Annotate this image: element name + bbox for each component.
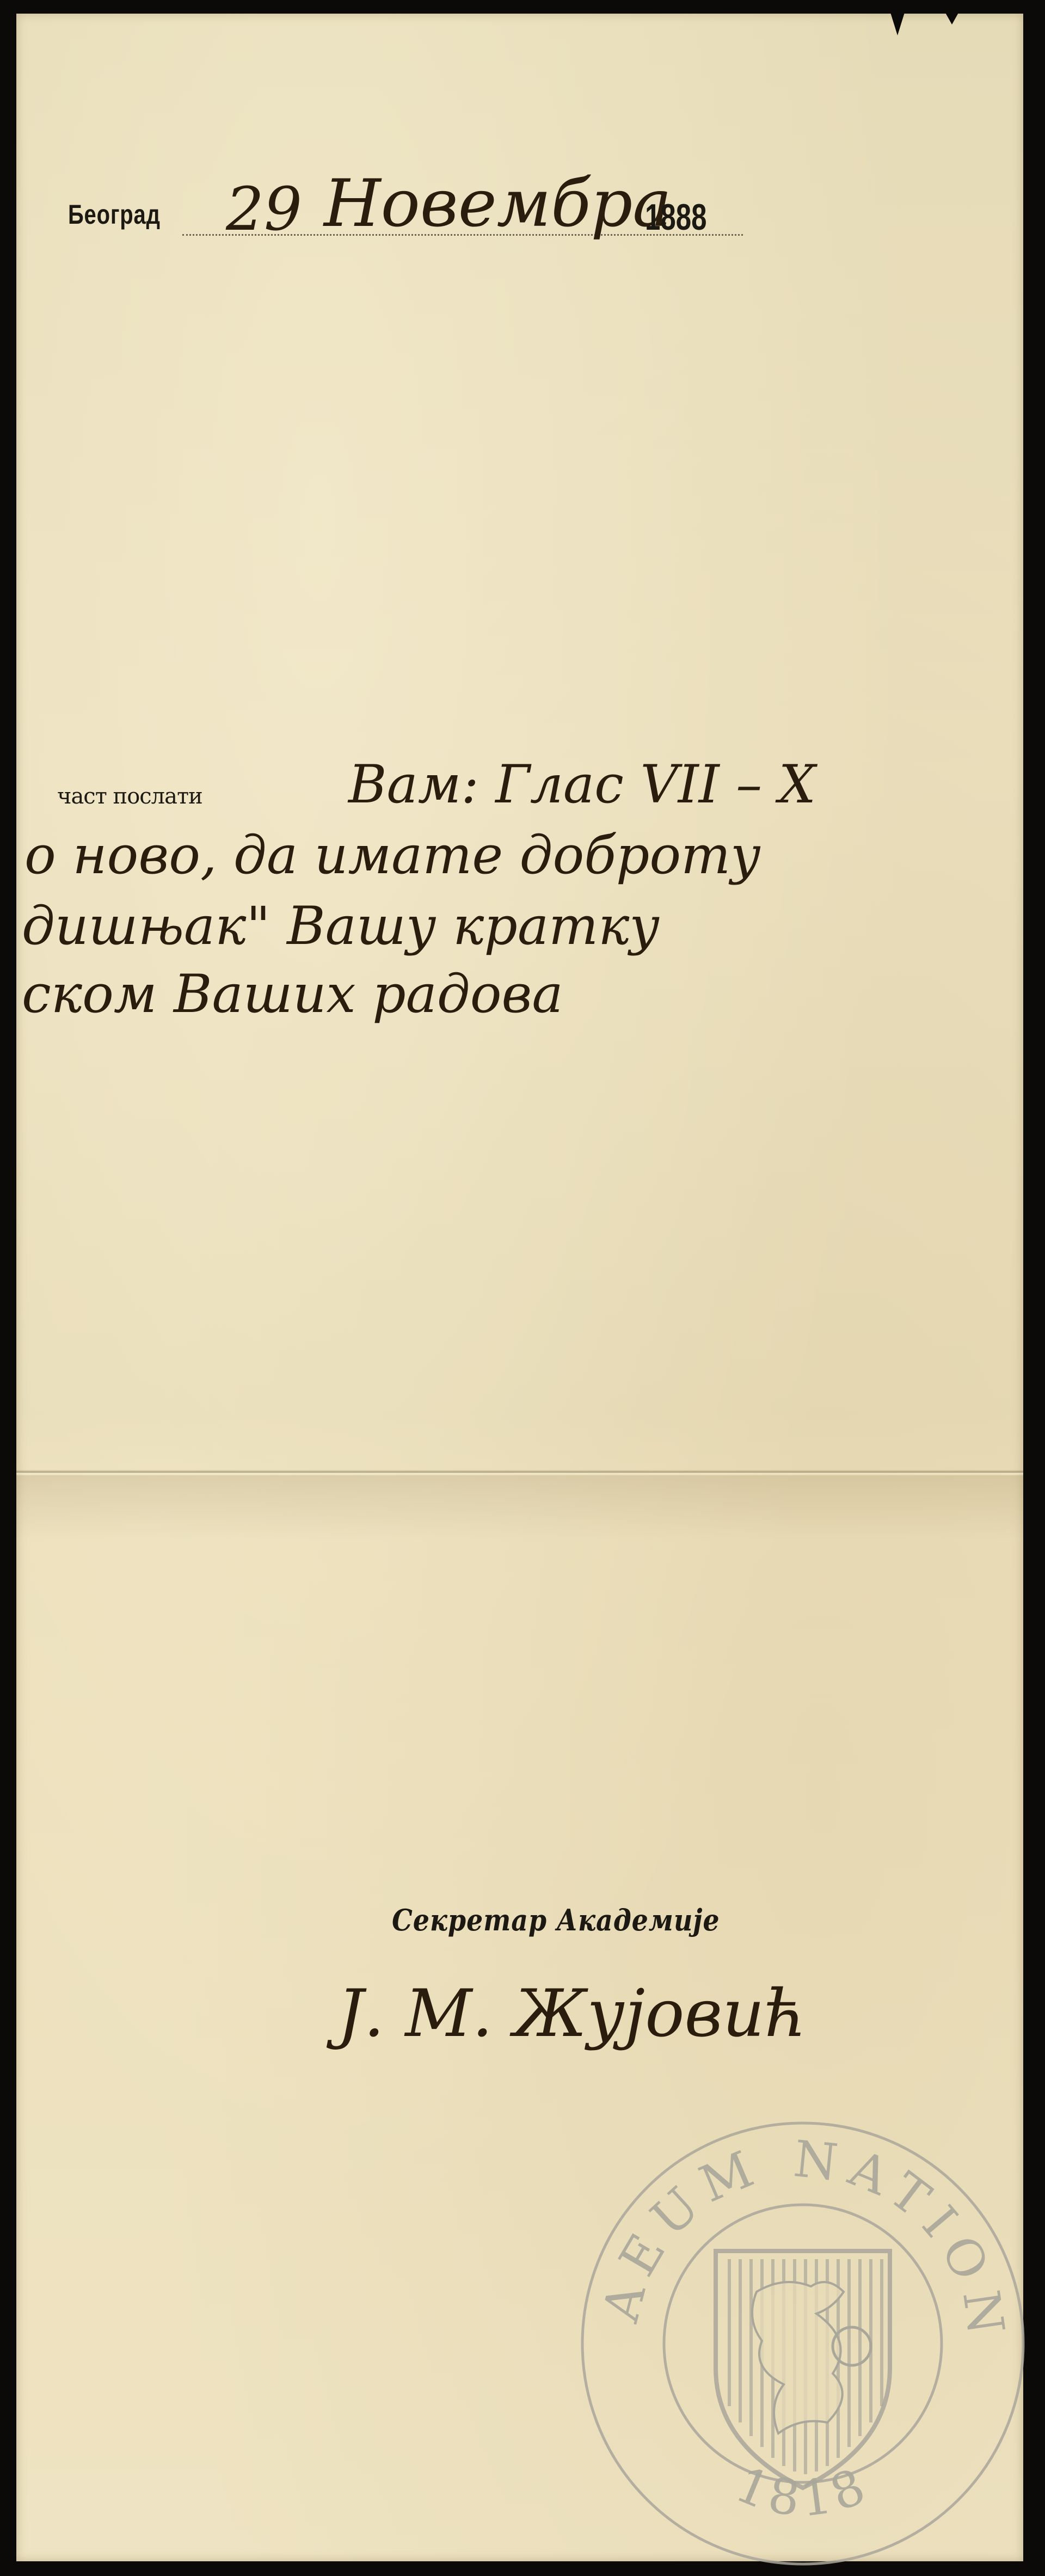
date-line: Београд 29 Новембра 1888 (68, 180, 743, 250)
date-day: 29 (226, 174, 302, 244)
date-month: Новембра (324, 166, 672, 242)
svg-text:1818: 1818 (728, 2456, 878, 2528)
body-line-4: ском Ваших радова (22, 964, 947, 1034)
body-line-3: дишњак" Вашу кратку (22, 896, 947, 966)
secretary-title: Секретар Академије (392, 1903, 720, 1937)
fold-shadow (16, 1475, 1023, 1541)
paper-tear (944, 11, 960, 24)
fold-crease (16, 1470, 1023, 1475)
handwritten-text: дишњак" Вашу кратку (22, 896, 660, 956)
printed-prefix: част послати (57, 784, 202, 809)
museum-seal-icon: MUSAEUM NATIONALE 1818 (571, 2112, 1034, 2575)
place-label: Београд (68, 199, 161, 230)
body-line-2: о ново, да имате доброту (22, 825, 947, 896)
body-line-1: част послати Вам: Глас VII – X (22, 759, 947, 830)
handwritten-text: о ново, да имате доброту (24, 825, 761, 886)
handwritten-text: ском Ваших радова (22, 964, 563, 1025)
date-year: 1888 (645, 196, 706, 238)
paper-tear (890, 11, 905, 35)
handwritten-text: Вам: Глас VII – X (348, 754, 816, 815)
seal-year-text: 1818 (728, 2456, 878, 2528)
signature: Ј. М. Жујовић (337, 1976, 807, 2052)
